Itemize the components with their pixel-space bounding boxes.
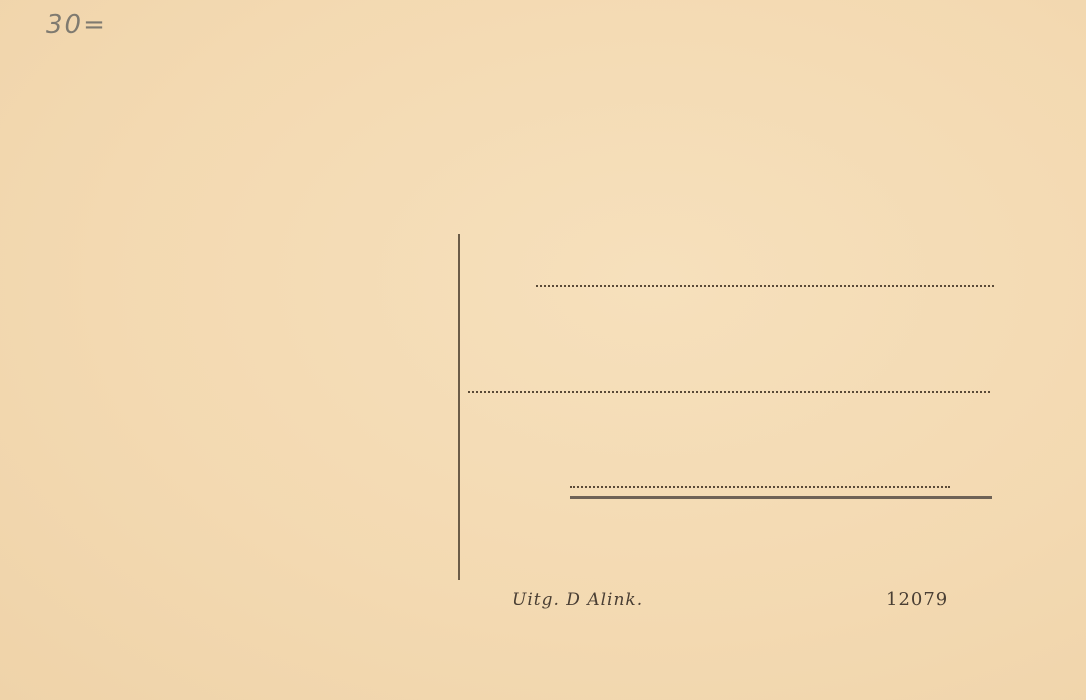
address-line-3 bbox=[570, 486, 950, 488]
publisher-imprint: Uitg. D Alink. bbox=[512, 590, 643, 610]
postcard-back: 30= Uitg. D Alink. 12079 bbox=[0, 0, 1086, 700]
address-underline bbox=[570, 496, 992, 499]
card-number: 12079 bbox=[886, 589, 948, 610]
address-line-2 bbox=[468, 391, 990, 393]
pencil-price-note: 30= bbox=[46, 10, 107, 40]
vertical-divider bbox=[458, 234, 460, 580]
address-line-1 bbox=[536, 285, 994, 287]
